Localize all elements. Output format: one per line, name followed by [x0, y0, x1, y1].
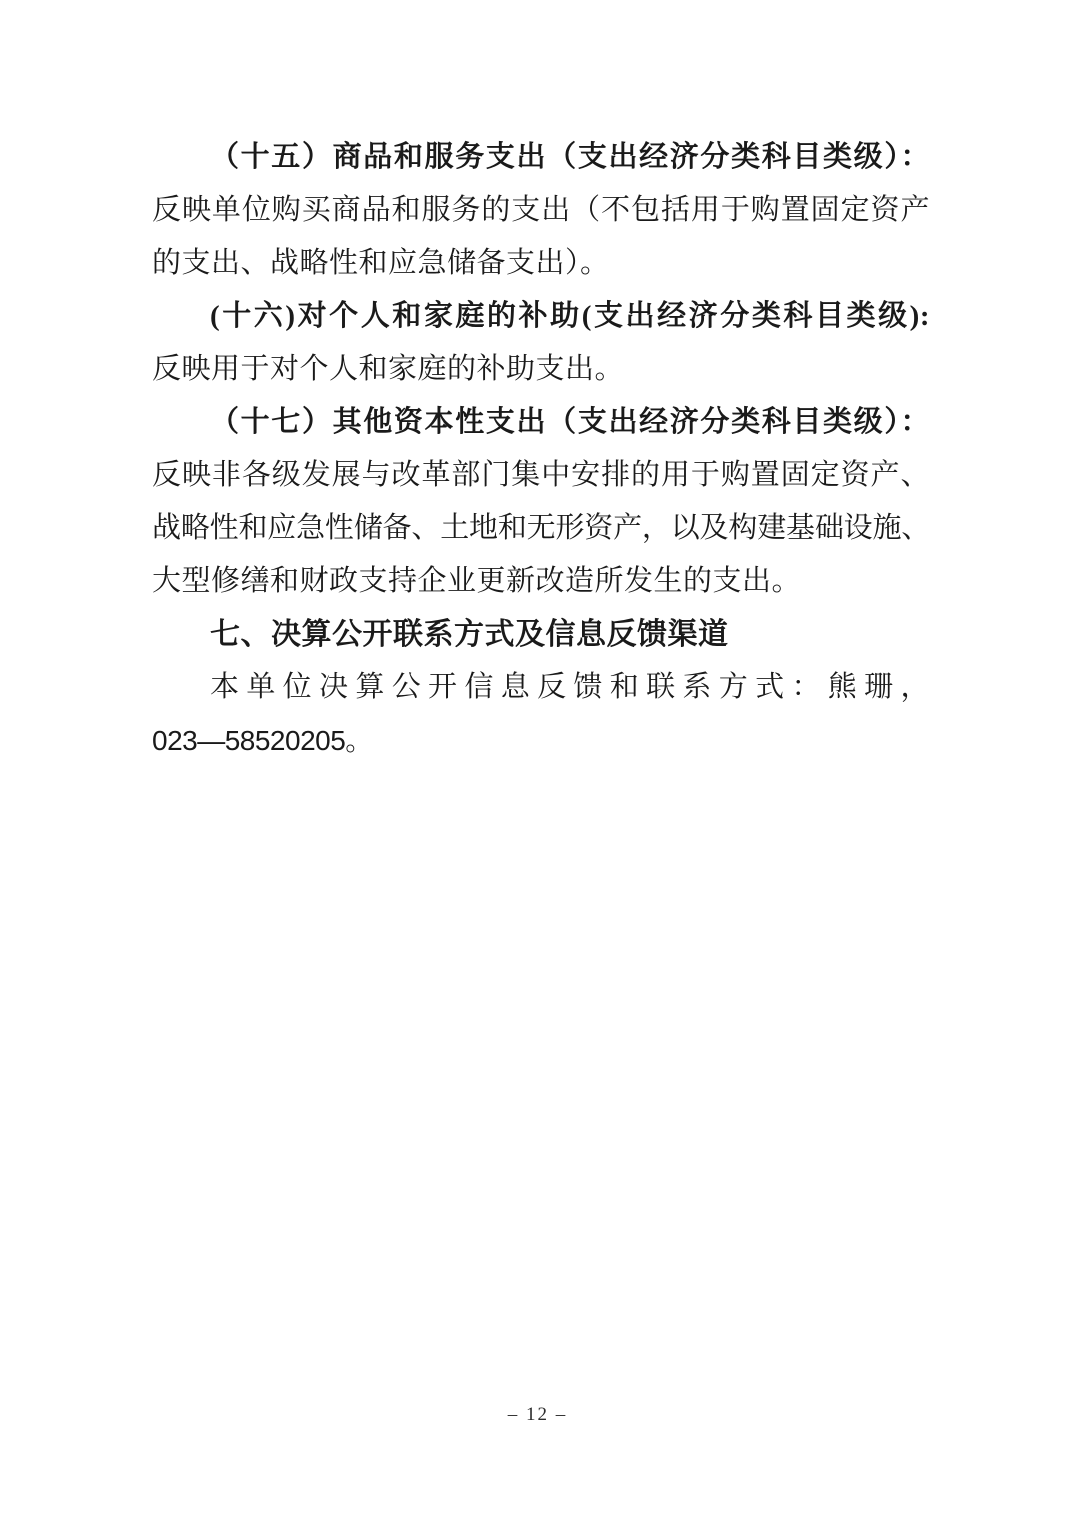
paragraph-line: 的支出、战略性和应急储备支出）。 — [152, 237, 930, 290]
section-15-subheading: （十五）商品和服务支出（支出经济分类科目类级）： — [152, 131, 930, 184]
document-body: （十五）商品和服务支出（支出经济分类科目类级）： 反映单位购买商品和服务的支出（… — [152, 131, 930, 767]
paragraph-line: 反映用于对个人和家庭的补助支出。 — [152, 343, 930, 396]
page-number: – 12 – — [0, 1404, 1075, 1426]
section-17-subheading: （十七）其他资本性支出（支出经济分类科目类级）： — [152, 396, 930, 449]
paragraph-line: 战略性和应急性储备、土地和无形资产，以及构建基础设施、 — [152, 502, 930, 555]
contact-phone-line: 023—58520205。 — [152, 714, 930, 767]
document-page: （十五）商品和服务支出（支出经济分类科目类级）： 反映单位购买商品和服务的支出（… — [0, 0, 1075, 1520]
contact-info-line: 本单位决算公开信息反馈和联系方式：熊珊， — [152, 661, 930, 714]
paragraph-line: 反映非各级发展与改革部门集中安排的用于购置固定资产、 — [152, 449, 930, 502]
section-7-heading: 七、决算公开联系方式及信息反馈渠道 — [152, 608, 930, 661]
paragraph-line: 大型修缮和财政支持企业更新改造所发生的支出。 — [152, 555, 930, 608]
paragraph-line: 反映单位购买商品和服务的支出（不包括用于购置固定资产 — [152, 184, 930, 237]
section-16-subheading: (十六)对个人和家庭的补助(支出经济分类科目类级): — [152, 290, 930, 343]
